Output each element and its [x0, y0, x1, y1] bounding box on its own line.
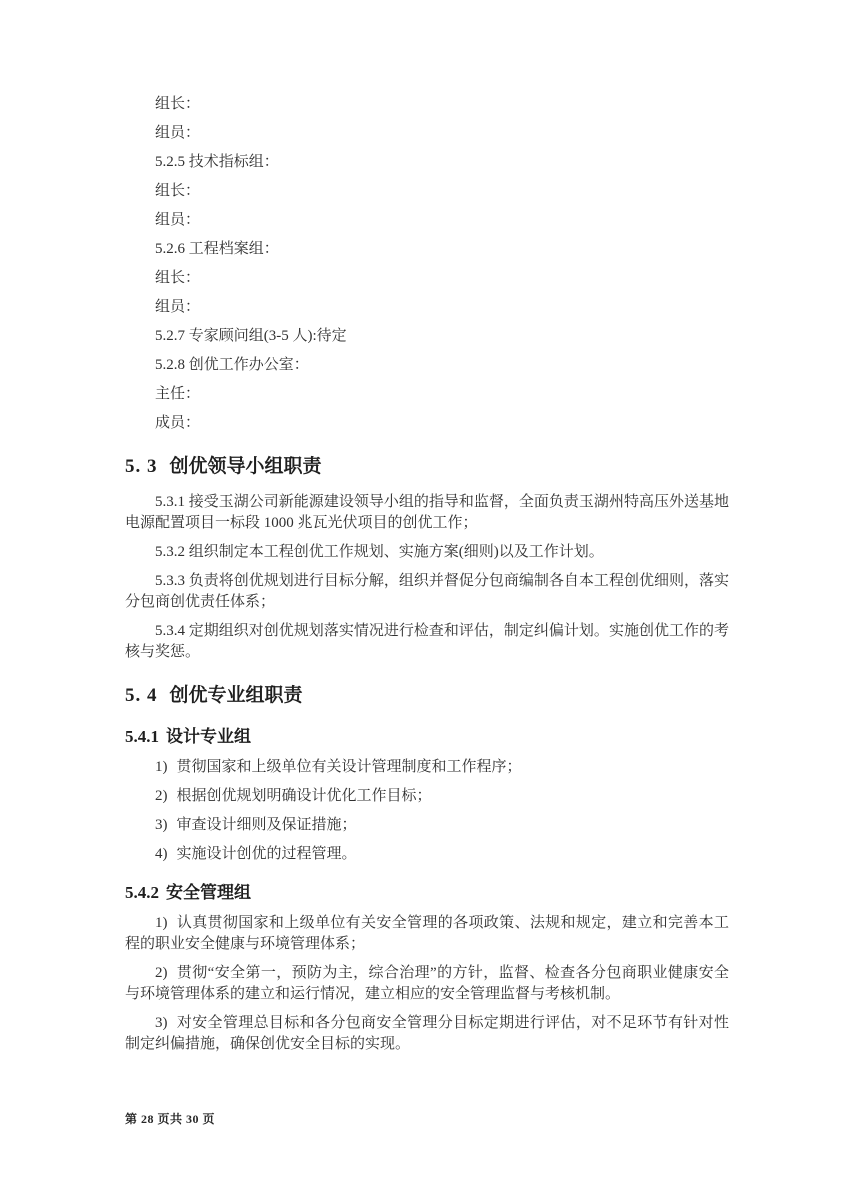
org-line: 5.2.5 技术指标组： [125, 152, 729, 173]
subsection-heading-5-4-2: 5.4.2安全管理组 [125, 881, 729, 905]
list-item-number: 2) [155, 788, 168, 804]
org-line: 成员： [125, 413, 729, 434]
list-item-text: 对安全管理总目标和各分包商安全管理分目标定期进行评估，对不足环节有针对性制定纠偏… [125, 1015, 729, 1052]
list-item-number: 1) [155, 759, 168, 775]
list-item-text: 根据创优规划明确设计优化工作目标； [177, 788, 432, 804]
paragraph-5-3-4: 5.3.4 定期组织对创优规划落实情况进行检查和评估，制定纠偏计划。实施创优工作… [125, 621, 729, 663]
org-line: 组员： [125, 210, 729, 231]
paragraph-5-3-2: 5.3.2 组织制定本工程创优工作规划、实施方案(细则)以及工作计划。 [125, 542, 729, 563]
list-item-text: 贯彻“安全第一，预防为主，综合治理”的方针，监督、检查各分包商职业健康安全与环境… [125, 965, 729, 1002]
subsection-number: 5.4.1 [125, 727, 159, 746]
list-item-number: 1) [155, 915, 168, 931]
org-line: 组长： [125, 181, 729, 202]
list-item: 2)贯彻“安全第一，预防为主，综合治理”的方针，监督、检查各分包商职业健康安全与… [125, 963, 729, 1005]
section-heading-5-4: 5. 4创优专业组职责 [125, 683, 729, 709]
paragraph-5-3-1: 5.3.1 接受玉湖公司新能源建设领导小组的指导和监督，全面负责玉湖州特高压外送… [125, 492, 729, 534]
list-item: 1)贯彻国家和上级单位有关设计管理制度和工作程序； [125, 757, 729, 778]
page-footer: 第 28 页共 30 页 [125, 1110, 215, 1127]
list-item: 4)实施设计创优的过程管理。 [125, 844, 729, 865]
section-heading-5-3: 5. 3创优领导小组职责 [125, 454, 729, 480]
list-item-number: 3) [155, 817, 168, 833]
document-content: 组长： 组员： 5.2.5 技术指标组： 组长： 组员： 5.2.6 工程档案组… [125, 94, 729, 1063]
subsection-title: 设计专业组 [166, 727, 251, 746]
subsection-heading-5-4-1: 5.4.1设计专业组 [125, 725, 729, 749]
org-line: 5.2.8 创优工作办公室： [125, 355, 729, 376]
org-line: 组员： [125, 297, 729, 318]
subsection-title: 安全管理组 [166, 883, 251, 902]
org-line: 主任： [125, 384, 729, 405]
org-line: 组长： [125, 94, 729, 115]
section-number: 5. 3 [125, 456, 158, 477]
org-line: 组员： [125, 123, 729, 144]
list-item-number: 3) [155, 1015, 168, 1031]
section-title: 创优领导小组职责 [170, 456, 322, 477]
list-item-text: 认真贯彻国家和上级单位有关安全管理的各项政策、法规和规定，建立和完善本工程的职业… [125, 915, 729, 952]
list-item: 2)根据创优规划明确设计优化工作目标； [125, 786, 729, 807]
document-page: 组长： 组员： 5.2.5 技术指标组： 组长： 组员： 5.2.6 工程档案组… [0, 0, 850, 1200]
org-line: 组长： [125, 268, 729, 289]
list-item: 3)对安全管理总目标和各分包商安全管理分目标定期进行评估，对不足环节有针对性制定… [125, 1013, 729, 1055]
list-item-text: 审查设计细则及保证措施； [177, 817, 357, 833]
section-title: 创优专业组职责 [170, 685, 303, 706]
list-item: 1)认真贯彻国家和上级单位有关安全管理的各项政策、法规和规定，建立和完善本工程的… [125, 913, 729, 955]
section-number: 5. 4 [125, 685, 158, 706]
list-item-text: 实施设计创优的过程管理。 [177, 846, 357, 862]
list-item-text: 贯彻国家和上级单位有关设计管理制度和工作程序； [177, 759, 522, 775]
list-item-number: 4) [155, 846, 168, 862]
list-item-number: 2) [155, 965, 168, 981]
org-line: 5.2.7 专家顾问组(3-5 人):待定 [125, 326, 729, 347]
org-line: 5.2.6 工程档案组： [125, 239, 729, 260]
list-item: 3)审查设计细则及保证措施； [125, 815, 729, 836]
paragraph-5-3-3: 5.3.3 负责将创优规划进行目标分解，组织并督促分包商编制各自本工程创优细则，… [125, 571, 729, 613]
subsection-number: 5.4.2 [125, 883, 159, 902]
